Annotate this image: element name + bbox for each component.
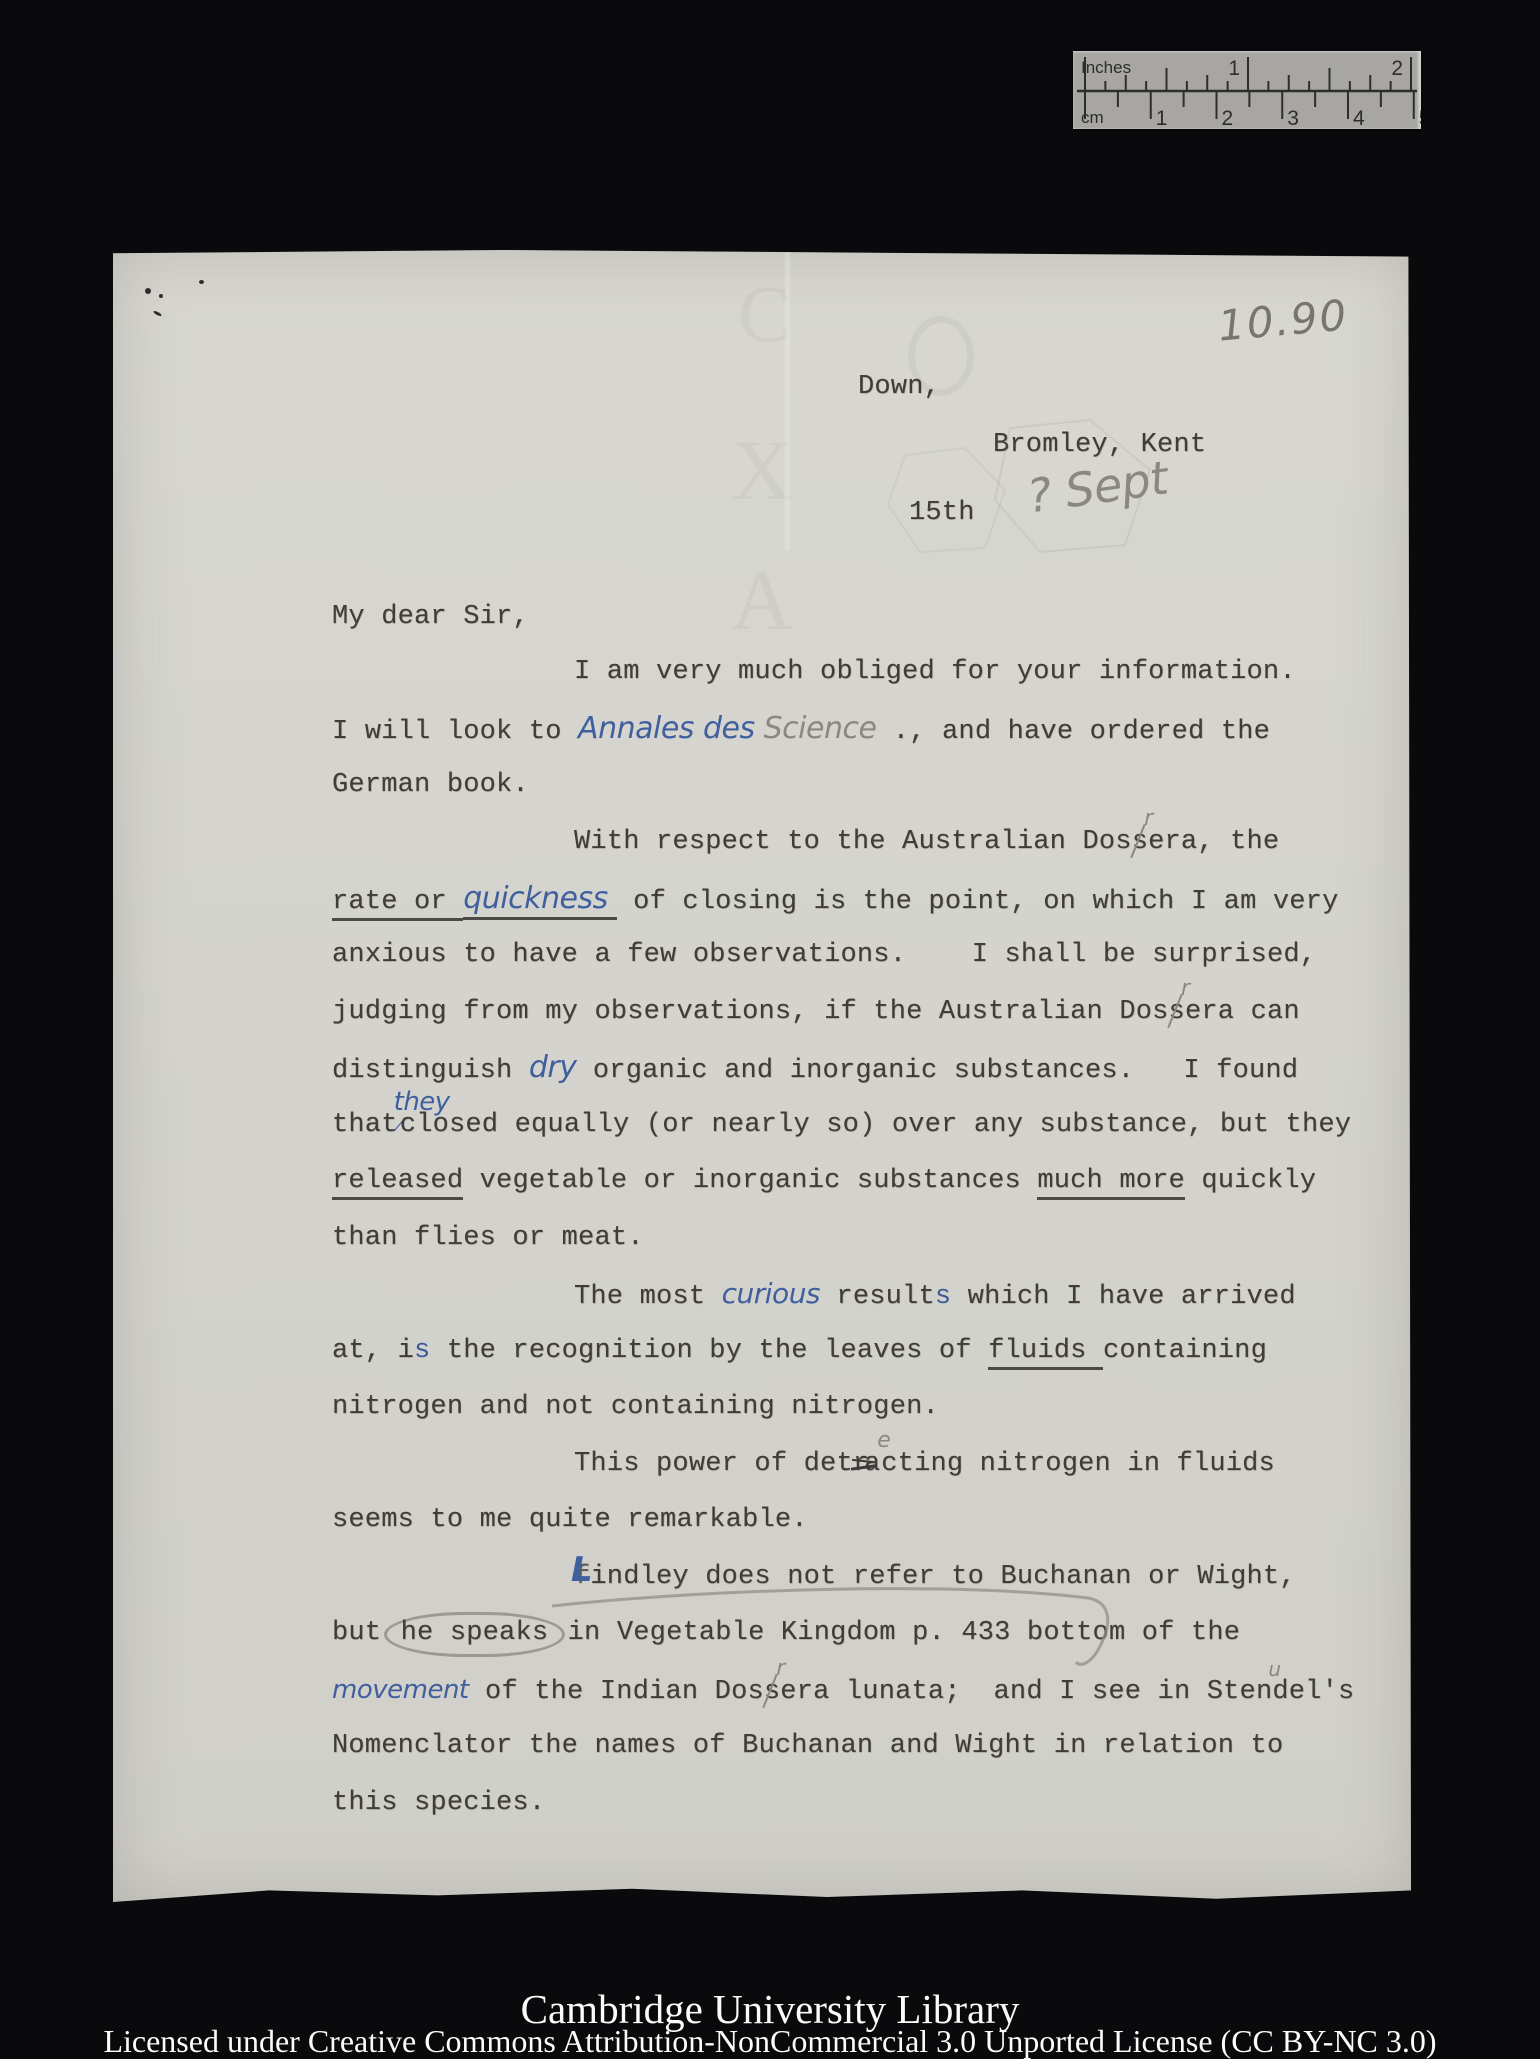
pencil-annotation: ? Sept (1025, 460, 1169, 513)
typed-text: My dear Sir, (332, 602, 529, 632)
letter-line: German book. (332, 768, 529, 804)
letter-line: thatthey⁄closed equally (or nearly so) o… (332, 1108, 1351, 1144)
typed-text: era, the (1148, 827, 1279, 857)
ink-annotation: s (414, 1336, 430, 1366)
watermark-letter: X (731, 420, 793, 520)
typed-text: he speaks (384, 1612, 566, 1657)
typed-text: much more (1037, 1166, 1185, 1200)
typed-text: fluids (988, 1336, 1103, 1370)
overwritten-letter: fL (574, 1560, 590, 1596)
typed-text: at, i (332, 1336, 414, 1366)
typed-text: ra (853, 1447, 875, 1481)
typed-text: The most (574, 1282, 722, 1312)
typed-text: seems to me quite remarkable. (332, 1505, 808, 1535)
footer-license-text: Licensed under Creative Commons Attribut… (0, 2023, 1540, 2059)
salutation: My dear Sir, (332, 600, 529, 636)
letter-line: seems to me quite remarkable. (332, 1503, 808, 1539)
svg-text:3: 3 (1287, 107, 1299, 129)
letter-line: anxious to have a few observations. I sh… (332, 938, 1316, 974)
svg-text:5: 5 (1419, 107, 1421, 129)
svg-text:cm: cm (1081, 108, 1104, 127)
typed-text: that (332, 1110, 398, 1140)
svg-text:2: 2 (1222, 107, 1234, 129)
typed-text: the recognition by the leaves of (430, 1336, 988, 1366)
letter-line: With respect to the Australian Dossrera,… (574, 825, 1279, 861)
typed-text: nitrogen and not containing nitrogen. (332, 1392, 939, 1422)
typed-text: judging from my observations, if the Aus… (332, 997, 1169, 1027)
typed-text: in Vegetable Kingdom p. 433 bottom of th… (551, 1618, 1240, 1648)
typed-text: than flies or meat. (332, 1223, 644, 1253)
ruler: Inches12cm12345 (1073, 51, 1421, 129)
letter-line: I will look to Annales des Science ., an… (332, 712, 1270, 751)
watermark-letter: C (738, 270, 791, 361)
ink-annotation: dry (529, 1050, 577, 1085)
typed-text: 15th (909, 498, 975, 528)
letter-line: at, is the recognition by the leaves of … (332, 1334, 1267, 1370)
typed-text: this species. (332, 1788, 545, 1818)
typed-text: of closing is the point, on which I am v… (617, 887, 1339, 917)
typed-text: Bromley, Kent (993, 430, 1206, 460)
typed-text: quickly (1185, 1166, 1316, 1196)
letter-paper: C X A 10.90 Down,Bromley, Kent15th? Sept… (113, 250, 1411, 1902)
date-line: 15th? Sept (909, 486, 1167, 532)
ink-speck (199, 280, 204, 284)
typed-text: del's (1272, 1677, 1354, 1707)
typed-text: era lunata; and I see in Sten (780, 1677, 1272, 1707)
letter-line: Nomenclator the names of Buchanan and Wi… (332, 1729, 1283, 1765)
ink-annotation: Annales des (578, 711, 764, 746)
typed-text: ., and have ordered the (876, 717, 1270, 747)
typed-text: This power of det (574, 1449, 853, 1479)
svg-text:2: 2 (1391, 57, 1403, 80)
svg-text:Inches: Inches (1081, 58, 1131, 77)
svg-text:1: 1 (1228, 57, 1240, 80)
typed-text: era can (1185, 997, 1300, 1027)
letter-line: released vegetable or inorganic substanc… (332, 1164, 1316, 1200)
typed-text: indley does not refer to Buchanan or Wig… (590, 1562, 1295, 1592)
svg-text:1: 1 (1156, 107, 1168, 129)
letter-line: I am very much obliged for your informat… (574, 655, 1296, 691)
letter-line: This power of detraecting nitrogen in fl… (574, 1447, 1275, 1483)
typed-text: I am very much obliged for your informat… (574, 657, 1296, 687)
svg-text:4: 4 (1353, 107, 1365, 129)
ink-annotation: curious (722, 1277, 820, 1310)
paper-crease (785, 250, 790, 550)
typed-text: Down, (858, 372, 940, 402)
typed-text: With respect to the Australian Dos (574, 827, 1132, 857)
typed-text: result (820, 1282, 935, 1312)
typed-text: of the Indian Dos (469, 1677, 764, 1707)
typed-text: containing (1103, 1336, 1267, 1366)
letter-line: movement of the Indian Dossrera lunata; … (332, 1673, 1354, 1711)
typed-text: German book. (332, 770, 529, 800)
letter-line: but he speaks in Vegetable Kingdom p. 43… (332, 1616, 1240, 1652)
letter-line: fLindley does not refer to Buchanan or W… (574, 1560, 1296, 1596)
letter-line: The most curious results which I have ar… (574, 1277, 1296, 1316)
archival-number: 10.90 (1216, 290, 1350, 350)
ink-speck (159, 294, 163, 298)
letter-line: this species. (332, 1786, 545, 1822)
typed-text: vegetable or inorganic substances (463, 1166, 1037, 1196)
letter-line: nitrogen and not containing nitrogen. (332, 1390, 939, 1426)
letter-line: judging from my observations, if the Aus… (332, 995, 1300, 1031)
typed-text: closed equally (or nearly so) over any s… (400, 1110, 1351, 1140)
watermark-letter: A (731, 550, 793, 650)
typed-text: which I have arrived (951, 1282, 1295, 1312)
ink-annotation: s (935, 1282, 951, 1312)
pencil-annotation: Science (764, 711, 877, 746)
letter-line: than flies or meat. (332, 1221, 644, 1257)
letter-line: rate or quickness of closing is the poin… (332, 882, 1338, 921)
ink-speck (153, 310, 162, 317)
typed-text: Nomenclator the names of Buchanan and Wi… (332, 1731, 1283, 1761)
typed-text: organic and inorganic substances. I foun… (576, 1056, 1298, 1086)
ink-annotation: movement (332, 1675, 469, 1705)
ink-speck (145, 288, 151, 294)
place-line-1: Down, (858, 370, 940, 406)
typed-text: rate or (332, 887, 463, 921)
letter-line: distinguish dry organic and inorganic su… (332, 1051, 1298, 1090)
typed-text: I will look to (332, 717, 578, 747)
typed-text: cting nitrogen in fluids (881, 1449, 1275, 1479)
ruler-ticks-svg: Inches12cm12345 (1073, 51, 1421, 129)
typed-text: distinguish (332, 1056, 529, 1086)
typed-text: released (332, 1166, 463, 1200)
ink-annotation: quickness (463, 881, 617, 920)
typed-text: anxious to have a few observations. I sh… (332, 940, 1316, 970)
